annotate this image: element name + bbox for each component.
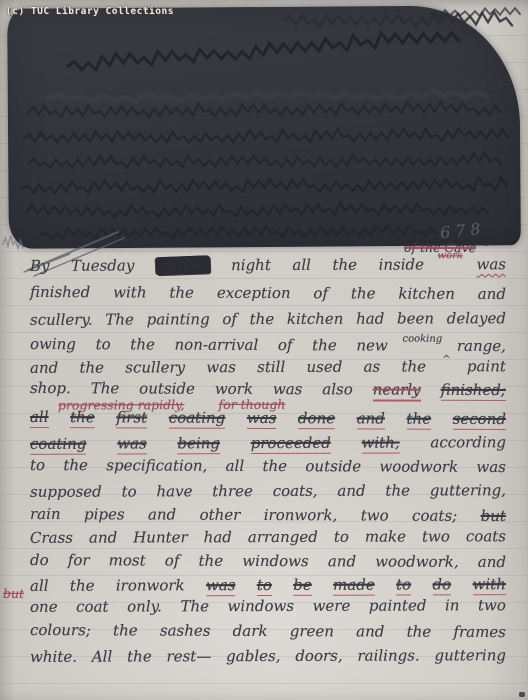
manuscript-line-10: supposedtohavethreecoats,andtheguttering… xyxy=(30,481,506,501)
handwriting-word: coating xyxy=(169,409,226,429)
handwriting-word: two xyxy=(422,527,450,545)
handwriting-word: to xyxy=(30,456,45,474)
handwriting-word: new xyxy=(356,336,387,354)
handwriting-word: and xyxy=(478,553,506,571)
handwriting-word: work xyxy=(215,380,253,398)
handwriting-word: railings. xyxy=(357,646,419,664)
handwriting-word: ironwork xyxy=(116,576,185,594)
handwriting-word: and xyxy=(89,529,117,547)
manuscript-line-11: rainpipesandotherironwork,twocoats;but xyxy=(30,505,506,525)
handwriting-word: The xyxy=(180,597,209,615)
handwriting-word: the xyxy=(127,647,152,665)
handwriting-word: cooking xyxy=(402,334,442,345)
handwriting-word: doors, xyxy=(295,647,342,665)
manuscript-line-7: allthefirstcoatingwasdoneandthesecond xyxy=(30,408,506,430)
handwriting-word: The xyxy=(91,379,120,397)
handwriting-word: as xyxy=(364,358,381,376)
handwriting-word: painting xyxy=(147,310,210,328)
handwriting-word: finished; xyxy=(441,381,506,401)
handwriting-word: ^ xyxy=(442,354,450,365)
handwriting-word: according xyxy=(430,433,506,451)
handwriting-word: coat xyxy=(76,598,108,616)
handwriting-word: delayed xyxy=(447,309,506,327)
handwriting-word: done xyxy=(298,409,335,429)
handwriting-word: and xyxy=(30,359,58,377)
handwriting-word: and xyxy=(328,552,356,570)
handwriting-word: the xyxy=(169,284,194,302)
handwriting-word: being xyxy=(177,434,220,454)
manuscript-line-16: colours;thesashesdarkgreenandtheframes xyxy=(30,621,506,641)
handwriting-word: the xyxy=(407,623,432,641)
handwriting-word: the xyxy=(406,410,431,430)
handwriting-word: and xyxy=(337,482,365,500)
handwriting-word: night xyxy=(231,256,271,274)
handwriting-word: painted xyxy=(369,596,427,614)
handwriting-word: other xyxy=(200,506,241,524)
handwriting-word: windows xyxy=(242,552,309,570)
handwriting-word: one xyxy=(30,598,58,616)
handwriting-word: and xyxy=(357,409,385,429)
handwriting-word: the xyxy=(113,621,138,639)
manuscript-line-4: owingtothenon-arrivalofthenewcookingrang… xyxy=(30,335,506,355)
handwriting-word: with xyxy=(113,283,146,301)
handwriting-word: rest— xyxy=(167,647,212,665)
handwriting-word: was xyxy=(476,458,506,476)
handwriting-word: only. xyxy=(127,597,162,615)
manuscript-page-scan: (c) TUC Library Collections 678 of the C… xyxy=(0,0,528,700)
handwriting-word: the xyxy=(70,408,95,428)
handwriting-word: most xyxy=(109,551,146,569)
handwriting-word: dark xyxy=(233,622,268,640)
handwriting-word: to xyxy=(96,335,111,353)
handwriting-word: had xyxy=(204,528,232,546)
handwriting-word: nearly xyxy=(373,380,421,401)
handwriting-word: woodwork xyxy=(379,457,458,475)
handwriting-word: outside xyxy=(305,457,361,475)
handwriting-word: all xyxy=(30,408,49,428)
handwriting-word: and xyxy=(148,505,176,523)
handwriting-word: specification, xyxy=(106,456,207,474)
handwriting-word: range, xyxy=(457,337,506,355)
handwriting-word: was xyxy=(247,409,277,429)
handwriting-word: was xyxy=(117,434,147,454)
handwriting-word: with xyxy=(473,575,506,595)
handwriting-word: all xyxy=(226,457,245,475)
manuscript-line-15: onecoatonly.Thewindowswerepaintedintwo xyxy=(30,596,506,616)
handwriting-word: paint xyxy=(467,357,506,375)
handwriting-word: supposed xyxy=(30,483,102,501)
handwriting-word: coats xyxy=(466,527,506,545)
handwriting-word: the xyxy=(250,310,275,328)
handwriting-word: the xyxy=(385,482,410,500)
handwriting-word: all xyxy=(292,256,311,274)
manuscript-line-3: scullery.Thepaintingofthekitchenhadbeend… xyxy=(30,309,506,329)
handwriting-word: for xyxy=(68,551,90,569)
handwriting-word: sashes xyxy=(160,622,211,640)
handwriting-word: made xyxy=(333,576,375,596)
handwriting-word: scullery xyxy=(125,358,185,376)
handwriting-word: frames xyxy=(453,623,506,641)
handwriting-word: exception xyxy=(217,284,291,302)
handwriting-word: guttering xyxy=(434,646,505,664)
handwriting-word: proceeded xyxy=(251,434,331,454)
handwriting-word: white. xyxy=(30,648,77,666)
handwriting-word: make xyxy=(365,528,406,546)
handwriting-word: and xyxy=(478,285,506,303)
handwriting-word: had xyxy=(356,310,384,328)
handwriting-word: was xyxy=(206,358,236,376)
handwriting-word: the xyxy=(63,456,88,474)
manuscript-line-5: andthescullerywasstillusedasthe^paint xyxy=(30,357,506,377)
handwriting-word: but xyxy=(481,507,506,525)
handwritten-text-layer: of the Cave”ByTuesdaynightnightalltheins… xyxy=(0,0,528,700)
handwriting-word: colours; xyxy=(30,621,91,639)
manuscript-line-9: tothespecification,alltheoutsidewoodwork… xyxy=(30,456,506,476)
handwriting-word: two xyxy=(478,596,506,614)
handwriting-word: with, xyxy=(362,434,400,454)
handwriting-word: to xyxy=(396,576,411,596)
handwriting-word: have xyxy=(156,482,192,500)
handwriting-word: do xyxy=(30,551,49,569)
handwriting-word: All xyxy=(92,648,113,666)
handwriting-word: and xyxy=(356,622,384,640)
copyright-watermark: (c) TUC Library Collections xyxy=(6,6,174,17)
handwriting-word: to xyxy=(257,576,272,596)
handwriting-word: woodwork, xyxy=(375,552,458,570)
handwriting-word: first xyxy=(116,408,147,428)
handwriting-word: the xyxy=(332,256,357,274)
handwriting-word: the xyxy=(262,457,287,475)
handwriting-word: finished xyxy=(30,283,90,301)
manuscript-line-14: alltheironworkwastobemadetodowith xyxy=(30,575,506,597)
handwriting-word: kitchen xyxy=(398,285,455,303)
manuscript-line-17: white.Alltherest—gables,doors,railings.g… xyxy=(30,646,506,666)
handwriting-word: The xyxy=(105,310,134,328)
handwriting-word: non-arrival xyxy=(175,336,259,354)
handwriting-word: work xyxy=(437,250,462,261)
handwriting-word: inside xyxy=(379,255,425,273)
handwriting-word: do xyxy=(433,575,452,595)
handwriting-word: two xyxy=(361,506,389,524)
handwriting-word: Tuesday xyxy=(71,256,134,274)
ink-blot-redacted-word: night xyxy=(156,255,210,275)
handwriting-word: of xyxy=(278,336,293,354)
handwriting-word: was xyxy=(273,380,303,398)
handwriting-word: was xyxy=(206,576,236,596)
handwriting-word: pipes xyxy=(84,505,125,523)
manuscript-line-2: finishedwiththeexceptionofthekitchenand xyxy=(30,283,506,303)
handwriting-word: rain xyxy=(30,505,61,523)
handwriting-word: of xyxy=(313,284,328,302)
handwriting-word: in xyxy=(445,596,460,614)
handwriting-word: the xyxy=(130,335,155,353)
handwriting-word: ironwork, xyxy=(264,506,338,524)
handwriting-word: owing xyxy=(30,335,76,353)
handwriting-word: green xyxy=(290,622,334,640)
handwriting-word: still xyxy=(257,358,285,376)
handwriting-word: the xyxy=(79,359,104,377)
handwriting-word: to xyxy=(122,482,137,500)
handwriting-word: but xyxy=(3,586,24,601)
handwriting-word: ” xyxy=(484,240,490,255)
handwriting-word: were xyxy=(313,597,351,615)
handwriting-word: shop. xyxy=(30,379,71,397)
handwriting-word: coats, xyxy=(273,482,318,500)
handwriting-word: Hunter xyxy=(133,528,188,546)
handwriting-word: kitchen xyxy=(287,310,344,328)
manuscript-line-12: CrassandHunterhadarrangedtomaketwocoats xyxy=(30,527,506,547)
handwriting-word: gables, xyxy=(226,647,280,665)
handwriting-word: been xyxy=(397,309,434,327)
handwriting-word: of xyxy=(222,310,237,328)
handwriting-word: second xyxy=(453,410,506,430)
handwriting-word: windows xyxy=(228,597,295,615)
handwriting-word: the xyxy=(199,552,224,570)
handwriting-word: be xyxy=(293,576,312,596)
handwriting-word: arranged xyxy=(248,528,318,546)
handwriting-word: three xyxy=(212,482,253,500)
handwriting-word: of xyxy=(165,552,180,570)
manuscript-line-8: coatingwasbeingproceededwith,according xyxy=(30,433,506,455)
handwriting-word: used xyxy=(306,358,342,376)
handwriting-word: coats; xyxy=(412,507,457,525)
handwriting-word: the xyxy=(70,577,95,595)
handwriting-word: scullery. xyxy=(30,311,93,329)
handwriting-word: outside xyxy=(139,379,195,397)
handwriting-word: to xyxy=(334,528,349,546)
handwriting-word: the xyxy=(401,357,426,375)
handwriting-word: Crass xyxy=(30,529,73,547)
handwriting-word: the xyxy=(312,336,337,354)
handwriting-word: By xyxy=(30,257,50,275)
handwriting-word: the xyxy=(351,284,376,302)
handwriting-word: guttering, xyxy=(430,481,506,499)
manuscript-line-13: doformostofthewindowsandwoodwork,and xyxy=(30,551,506,571)
handwriting-word: coating xyxy=(30,435,87,455)
manuscript-line-1: ByTuesdaynightnightalltheinsideworkwas xyxy=(30,255,506,275)
handwriting-word: was xyxy=(476,255,506,273)
